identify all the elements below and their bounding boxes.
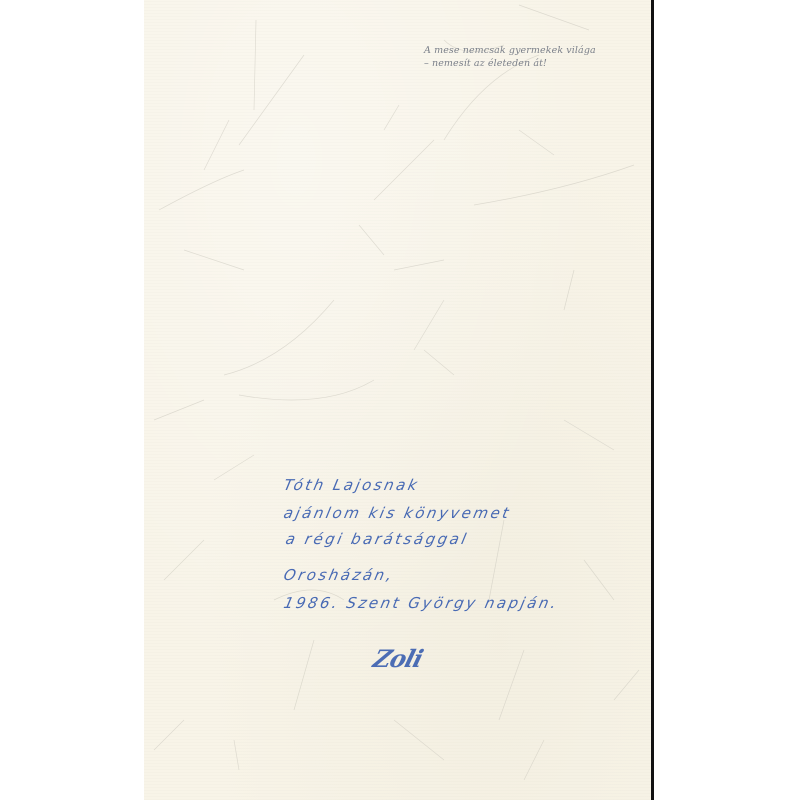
page-edge-divider — [651, 0, 654, 800]
handwritten-signature: Zoli — [370, 644, 426, 673]
dedication-recipient-line: Tóth Lajosnak — [282, 476, 421, 494]
dedication-date-line: 1986. Szent György napján. — [282, 594, 560, 612]
dedication-offer-line: ajánlom kis könyvemet — [282, 504, 513, 522]
dedication-friendship-line: a régi barátsággal — [284, 530, 470, 548]
motto-line-2: – nemesít az életeden át! — [424, 57, 596, 70]
paper-fiber-texture — [144, 0, 651, 800]
dedication-place-line: Orosházán, — [282, 566, 396, 584]
scanned-book-page-canvas: A mese nemcsak gyermekek világa – nemesí… — [0, 0, 800, 800]
book-page: A mese nemcsak gyermekek világa – nemesí… — [144, 0, 651, 800]
printed-motto: A mese nemcsak gyermekek világa – nemesí… — [424, 44, 596, 70]
motto-line-1: A mese nemcsak gyermekek világa — [424, 44, 596, 57]
